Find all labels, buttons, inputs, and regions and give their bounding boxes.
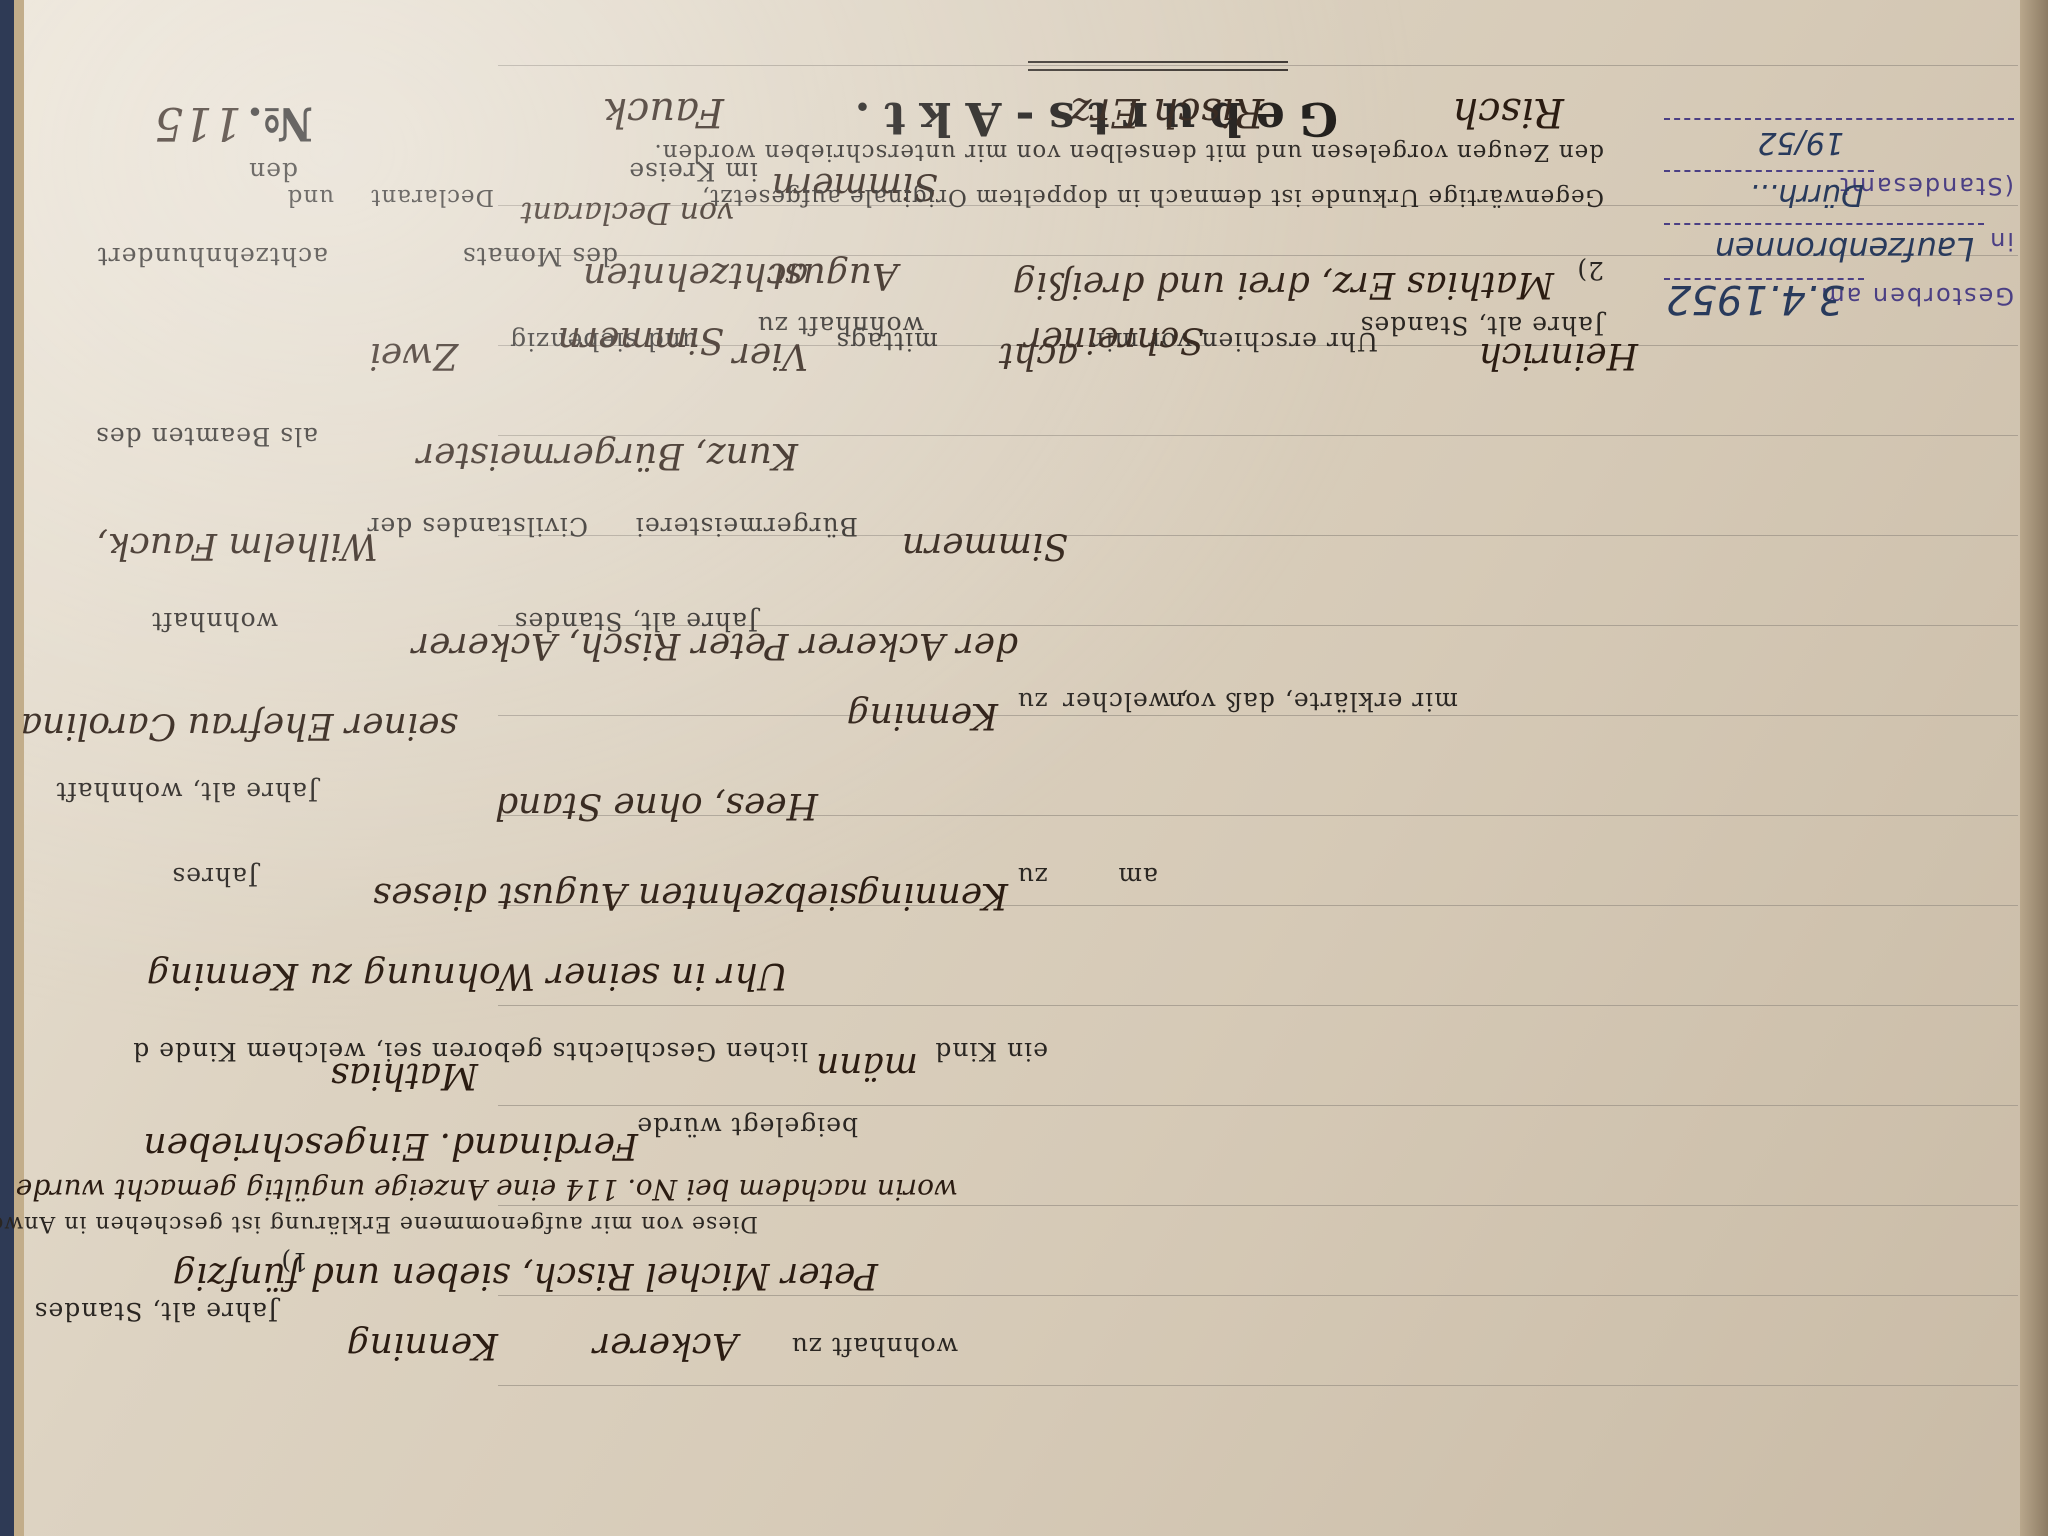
signature-1: Risch <box>1452 89 1564 135</box>
appeared-value: Heinrich <box>1479 335 1638 376</box>
residence-value: Kenning <box>847 695 998 736</box>
hour-value: Vier <box>733 335 808 376</box>
witness-2-residence: Simmern <box>558 319 724 360</box>
stamp-date: 3.4.1952 <box>1666 276 1844 322</box>
death-stamp: Gestorben am 3.4.1952 in Laufzenbronnen … <box>1644 110 2024 310</box>
stamp-register: 19/52 <box>1758 125 1844 160</box>
signature-2: Risch Erz <box>1070 89 1264 135</box>
year-value: Zwei <box>369 335 458 376</box>
title-underline <box>1028 61 1288 71</box>
stamp-office: Dürrh... <box>1750 177 1864 212</box>
given-names-value: Mathias <box>331 1055 478 1096</box>
marginal-note: worin nachdem bei No. 114 eine Anzeige u… <box>16 1173 958 1206</box>
mother-value: seiner Ehefrau Carolina <box>21 705 458 746</box>
declarant-note: von Declarant <box>520 195 734 230</box>
birth-place-value: Kenning <box>857 875 1008 916</box>
witness-1-residence: Kenning <box>347 1325 498 1366</box>
sex-value: männ <box>816 1045 918 1086</box>
closing-block: Jahre alt, Standes Schreiner wohnhaft zu… <box>284 100 1624 340</box>
stamp-place: Laufzenbronnen <box>1715 230 1974 268</box>
extra-value: Ferdinand. Eingeschrieben <box>143 1125 638 1166</box>
birth-hour-value: Uhr in seiner Wohnung zu Kenning <box>147 955 788 996</box>
signature-3: Fauck <box>603 89 724 135</box>
witness-2-value: Mathias Erz, drei und dreißig <box>1013 264 1554 305</box>
official-value: Wilhelm Fauck, <box>96 525 378 566</box>
municipality-value: Simmern <box>902 525 1068 566</box>
mayor-value: Kunz, Bürgermeister <box>417 435 798 476</box>
document-page: №. 115 Geburts-Akt. Simmern im Kreise de… <box>14 0 2048 1536</box>
mother-name-value: Hees, ohne Stand <box>495 785 818 826</box>
witness-1-value: Peter Michel Risch, sieben und fünfzig <box>173 1255 878 1296</box>
birth-date-value: siebzehnten August dieses <box>373 875 858 916</box>
witness-2-status: Schreiner <box>1024 319 1204 360</box>
witness-1-status: Ackerer <box>593 1325 738 1366</box>
